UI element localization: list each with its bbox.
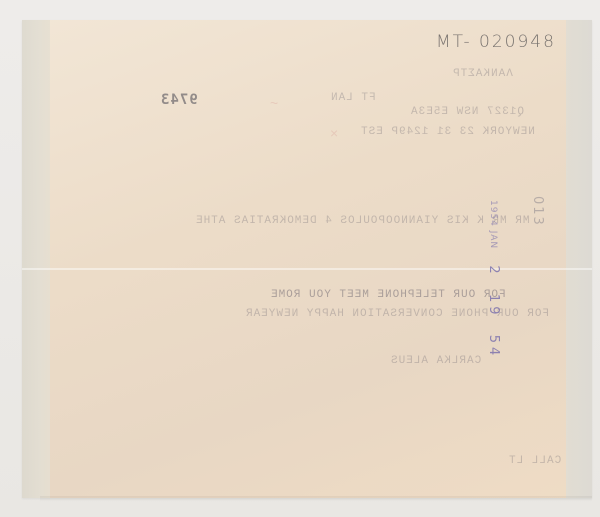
fold-line: [22, 268, 592, 270]
left-tape-strip: [22, 20, 50, 498]
reference-number: 9743: [160, 92, 198, 108]
show-through-line-2: FT LAN: [330, 92, 376, 104]
show-through-line-6: FOR OUR TELEPHONE MEET YOU ROME: [270, 289, 506, 301]
show-through-line-7: FOR OUR PHONE CONVERSATION HAPPY NEWYEAR: [245, 308, 549, 320]
received-date-stamp: 1954 JAN 2 19 54: [486, 200, 501, 359]
telegram-paper: [22, 20, 592, 498]
stamp-day: 2: [486, 265, 501, 277]
stamp-code: 013: [530, 196, 545, 227]
archive-number: MT- 020948: [436, 32, 556, 52]
paper-bottom-edge: [40, 496, 592, 502]
show-through-line-3: Q1327 NSW E5E3A: [410, 106, 524, 118]
show-through-line-5: MR MR K KIS YIANNOOPOULOS 4 DEMOKRATIAS …: [195, 215, 529, 227]
show-through-line-4: NEWYORK 23 31 1249P EST: [360, 126, 535, 138]
faint-red-mark: ~: [270, 95, 278, 111]
show-through-line-8: CARLKA ALEUS: [390, 355, 481, 367]
show-through-line-1: ΛΑΝΚΑΣΤΡ: [452, 68, 513, 80]
stamp-year-month: 1954 JAN: [488, 200, 498, 249]
stamp-minute: 54: [486, 335, 501, 360]
right-tape-strip: [566, 20, 592, 498]
show-through-line-9: CALL LT: [508, 455, 561, 467]
stamp-hour: 19: [486, 294, 501, 319]
faint-red-mark: ×: [330, 125, 338, 141]
